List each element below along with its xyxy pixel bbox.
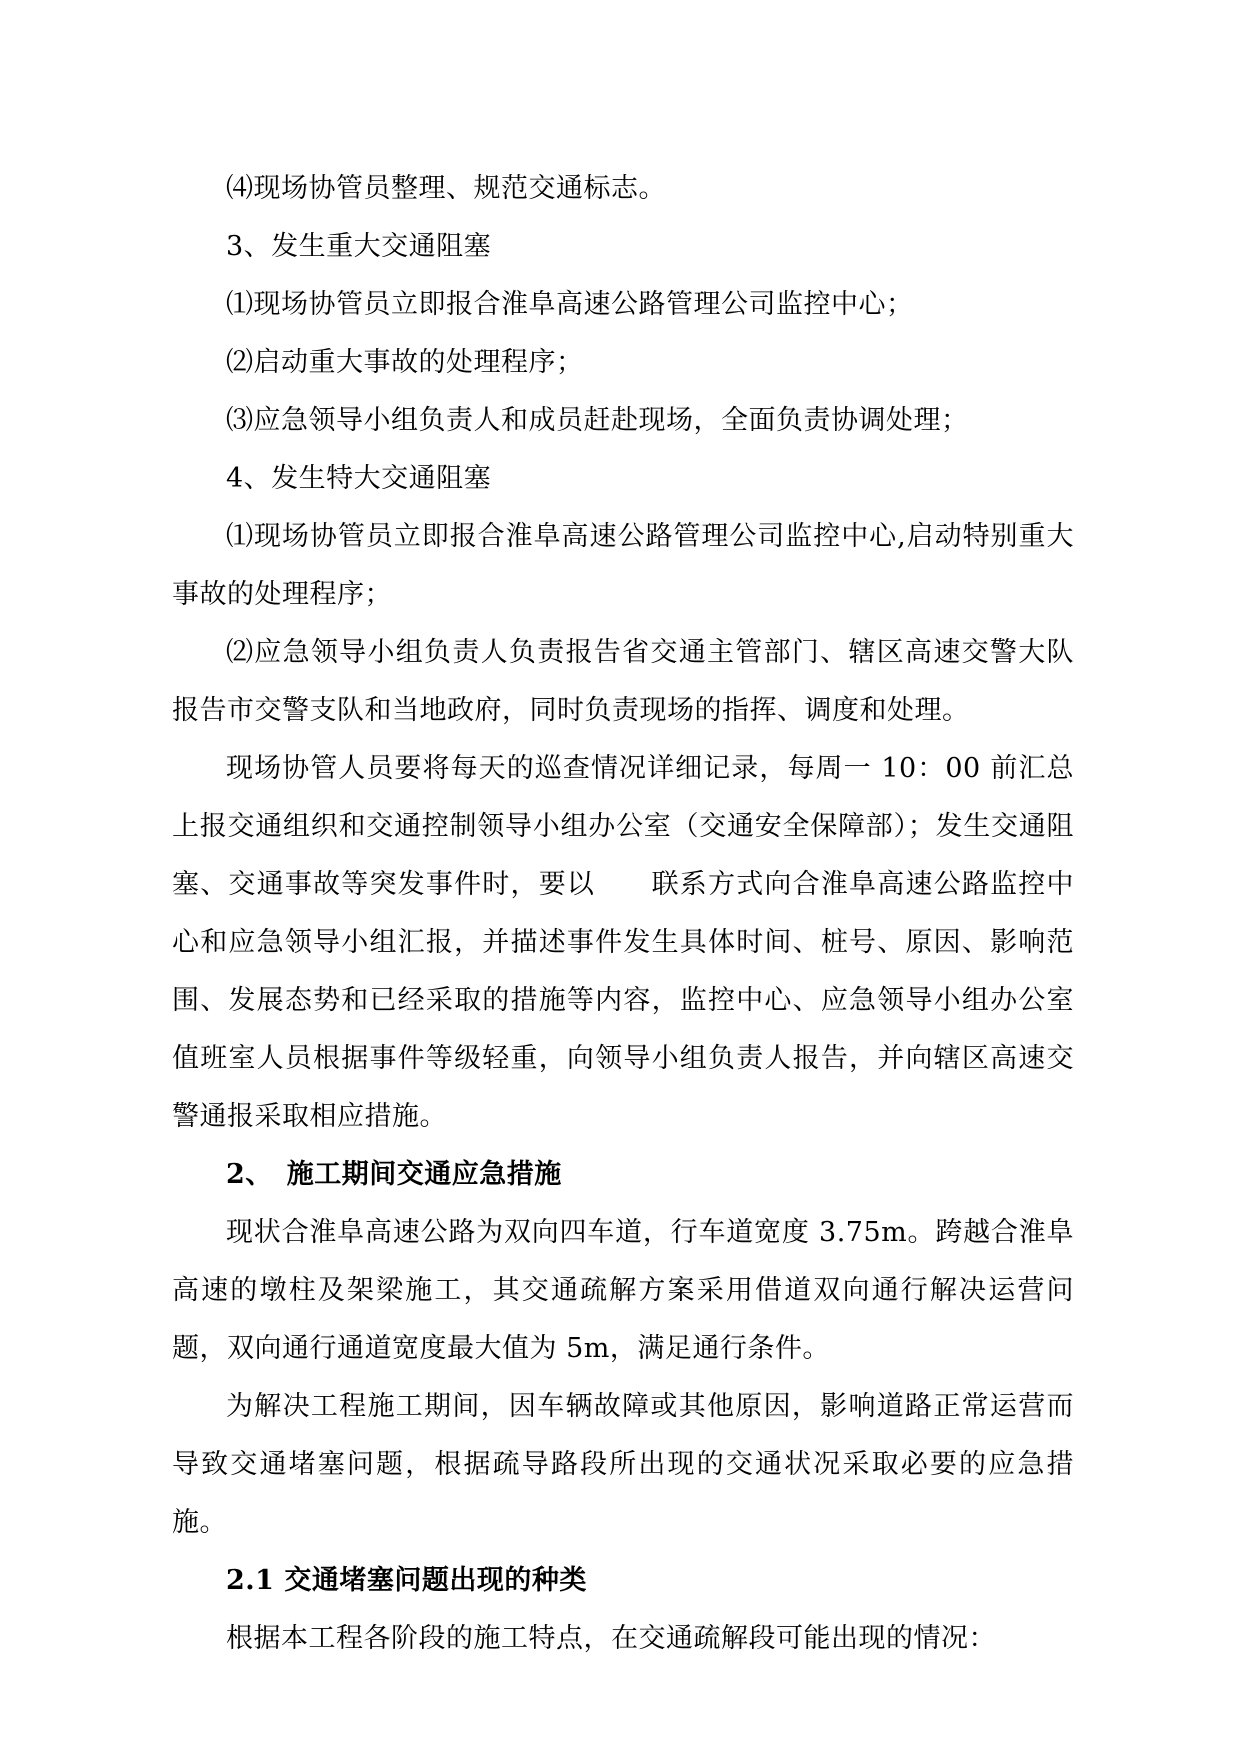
paragraph: ⑵启动重大事故的处理程序； (172, 334, 1074, 392)
paragraph: 3、发生重大交通阻塞 (172, 218, 1074, 276)
document-body: ⑷现场协管员整理、规范交通标志。3、发生重大交通阻塞⑴现场协管员立即报合淮阜高速… (172, 160, 1074, 1668)
section-heading: 2、 施工期间交通应急措施 (172, 1146, 1074, 1204)
paragraph: 现状合淮阜高速公路为双向四车道，行车道宽度 3.75m。跨越合淮阜高速的墩柱及架… (172, 1204, 1074, 1378)
paragraph: 4、发生特大交通阻塞 (172, 450, 1074, 508)
paragraph: ⑵应急领导小组负责人负责报告省交通主管部门、辖区高速交警大队报告市交警支队和当地… (172, 624, 1074, 740)
paragraph: 根据本工程各阶段的施工特点，在交通疏解段可能出现的情况： (172, 1610, 1074, 1668)
paragraph: ⑷现场协管员整理、规范交通标志。 (172, 160, 1074, 218)
document-page: ⑷现场协管员整理、规范交通标志。3、发生重大交通阻塞⑴现场协管员立即报合淮阜高速… (0, 0, 1241, 1754)
paragraph: ⑴现场协管员立即报合淮阜高速公路管理公司监控中心； (172, 276, 1074, 334)
section-heading: 2.1 交通堵塞问题出现的种类 (172, 1552, 1074, 1610)
paragraph: ⑴现场协管员立即报合淮阜高速公路管理公司监控中心,启动特别重大事故的处理程序； (172, 508, 1074, 624)
paragraph: 现场协管人员要将每天的巡查情况详细记录，每周一 10：00 前汇总上报交通组织和… (172, 740, 1074, 1146)
paragraph: 为解决工程施工期间，因车辆故障或其他原因，影响道路正常运营而导致交通堵塞问题，根… (172, 1378, 1074, 1552)
paragraph: ⑶应急领导小组负责人和成员赶赴现场，全面负责协调处理； (172, 392, 1074, 450)
